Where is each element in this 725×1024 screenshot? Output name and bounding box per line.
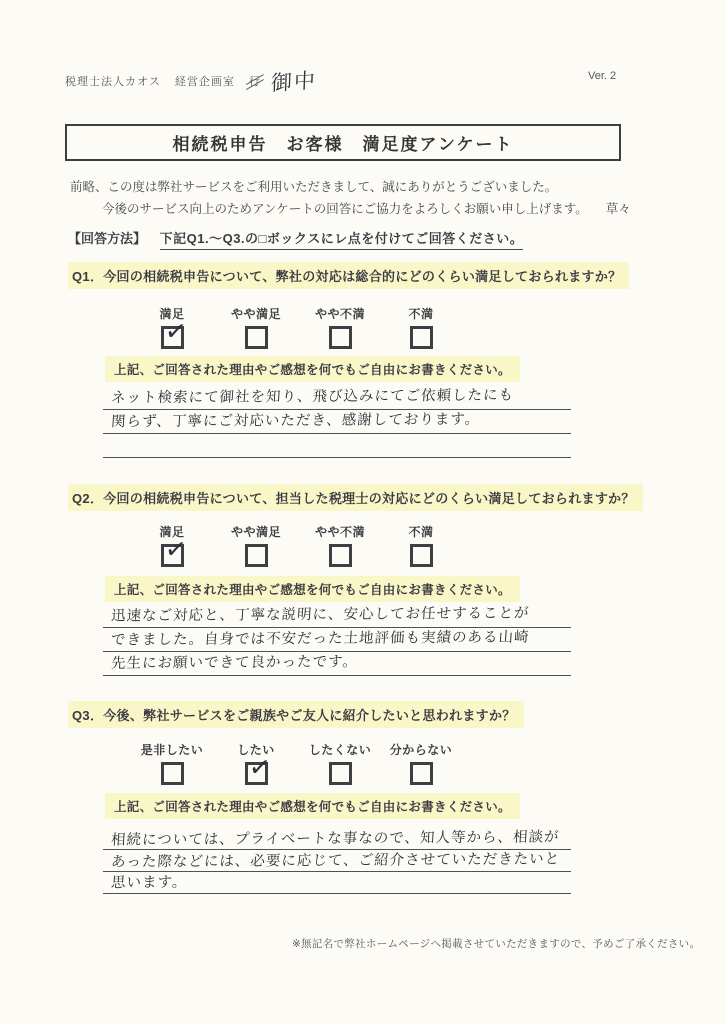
company-name: 税理士法人カオス <box>65 73 161 89</box>
handwritten-text: 迅速なご対応と、丁寧な説明に、安心してお任せすることが <box>102 603 530 629</box>
method-label: 【回答方法】 <box>68 231 146 246</box>
check-mark-icon: ✓ <box>247 753 272 781</box>
option-q1-fuman: 不満 ✓ <box>379 305 463 349</box>
checkbox-q3-wakaranai[interactable]: ✓ <box>410 762 433 785</box>
question-3-comment-prompt: 上記、ご回答された理由やご感想を何でもご自由にお書きください。 <box>105 793 520 819</box>
addressee-line: 税理士法人カオス 経営企画室 行 御中 <box>65 66 665 96</box>
answer-line[interactable]: ネット検索にて御社を知り、飛び込みにてご依頼したにも <box>103 386 571 410</box>
checkbox-q2-yaya-fuman[interactable]: ✓ <box>329 544 352 567</box>
option-label: 是非したい <box>130 741 214 758</box>
checkbox-q2-manzoku[interactable]: ✓ <box>161 544 184 567</box>
handwritten-text: 先生にお願いできて良かったです。 <box>102 651 358 676</box>
option-q2-yaya-manzoku: やや満足 ✓ <box>214 523 298 567</box>
option-q1-yaya-fuman: やや不満 ✓ <box>298 305 382 349</box>
page-title: 相続税申告 お客様 満足度アンケート <box>173 130 514 155</box>
answer-line[interactable]: できました。自身では不安だった土地評価も実績のある山崎 <box>103 628 571 652</box>
intro-line-1: 前略、この度は弊社サービスをご利用いただきまして、誠にありがとうございました。 <box>70 176 631 198</box>
intro-line-2: 今後のサービス向上のためアンケートの回答にご協力をよろしくお願い申し上げます。草… <box>70 198 631 220</box>
question-3-options: 是非したい ✓ したい ✓ したくない ✓ 分からない ✓ <box>0 741 725 787</box>
option-label: 不満 <box>379 523 463 540</box>
handwritten-honorific: 御中 <box>270 64 317 97</box>
handwritten-text: 関らず、丁寧にご対応いただき、感謝しております。 <box>102 409 481 435</box>
answer-method-line: 【回答方法】 下記Q1.～Q3.の□ボックスにレ点を付けてご回答ください。 <box>68 228 523 247</box>
option-q2-manzoku: 満足 ✓ <box>130 523 214 567</box>
answer-line[interactable]: 思います。 <box>103 872 571 894</box>
question-2-answer-area: 迅速なご対応と、丁寧な説明に、安心してお任せすることが できました。自身では不安… <box>103 604 571 676</box>
checkbox-q1-manzoku[interactable]: ✓ <box>161 326 184 349</box>
question-3-answer-area: 相続については、プライベートな事なので、知人等から、相談が あった際などには、必… <box>103 828 571 894</box>
answer-line[interactable]: 関らず、丁寧にご対応いただき、感謝しております。 <box>103 410 571 434</box>
checkbox-q1-yaya-manzoku[interactable]: ✓ <box>245 326 268 349</box>
checkbox-q2-fuman[interactable]: ✓ <box>410 544 433 567</box>
question-2-heading: Q2．今回の相続税申告について、担当した税理士の対応にどのくらい満足しておられま… <box>68 484 643 511</box>
option-q3-shitai: したい ✓ <box>214 741 298 785</box>
intro-paragraph: 前略、この度は弊社サービスをご利用いただきまして、誠にありがとうございました。 … <box>70 176 631 220</box>
title-box: 相続税申告 お客様 満足度アンケート <box>65 124 621 161</box>
question-1-options: 満足 ✓ やや満足 ✓ やや不満 ✓ 不満 ✓ <box>0 305 725 351</box>
check-mark-icon: ✓ <box>163 317 188 345</box>
option-q2-fuman: 不満 ✓ <box>379 523 463 567</box>
checkbox-q3-shitakunai[interactable]: ✓ <box>329 762 352 785</box>
method-instruction: 下記Q1.～Q3.の□ボックスにレ点を付けてご回答ください。 <box>160 231 524 250</box>
option-label: 不満 <box>379 305 463 322</box>
question-2-comment-prompt: 上記、ご回答された理由やご感想を何でもご自由にお書きください。 <box>105 576 520 602</box>
option-label: したくない <box>298 741 382 758</box>
option-q3-shitakunai: したくない ✓ <box>298 741 382 785</box>
department-name: 経営企画室 <box>175 73 235 89</box>
answer-line[interactable]: 迅速なご対応と、丁寧な説明に、安心してお任せすることが <box>103 604 571 628</box>
checkbox-q1-fuman[interactable]: ✓ <box>410 326 433 349</box>
checkbox-q1-yaya-fuman[interactable]: ✓ <box>329 326 352 349</box>
answer-line[interactable]: 相続については、プライベートな事なので、知人等から、相談が <box>103 828 571 850</box>
answer-line[interactable]: あった際などには、必要に応じて、ご紹介させていただきたいと <box>103 850 571 872</box>
answer-line[interactable]: 先生にお願いできて良かったです。 <box>103 652 571 676</box>
crossed-out-destination: 行 <box>249 73 261 89</box>
handwritten-text: できました。自身では不安だった土地評価も実績のある山崎 <box>102 627 530 653</box>
question-1-answer-area: ネット検索にて御社を知り、飛び込みにてご依頼したにも 関らず、丁寧にご対応いただ… <box>103 386 571 458</box>
footer-note: ※無記名で弊社ホームページへ掲載させていただきますので、予めご了承ください。 <box>292 936 700 951</box>
option-q3-wakaranai: 分からない ✓ <box>379 741 463 785</box>
version-label: Ver. 2 <box>588 70 616 82</box>
scanned-survey-page: 税理士法人カオス 経営企画室 行 御中 Ver. 2 相続税申告 お客様 満足度… <box>0 0 725 1024</box>
question-2-options: 満足 ✓ やや満足 ✓ やや不満 ✓ 不満 ✓ <box>0 523 725 569</box>
question-3-heading: Q3．今後、弊社サービスをご親族やご友人に紹介したいと思われますか？ <box>68 701 524 728</box>
option-q1-manzoku: 満足 ✓ <box>130 305 214 349</box>
question-1-heading: Q1．今回の相続税申告について、弊社の対応は総合的にどのくらい満足しておられます… <box>68 262 629 289</box>
letter-closing: 草々 <box>606 202 631 216</box>
checkbox-q2-yaya-manzoku[interactable]: ✓ <box>245 544 268 567</box>
option-q2-yaya-fuman: やや不満 ✓ <box>298 523 382 567</box>
checkbox-q3-shitai[interactable]: ✓ <box>245 762 268 785</box>
option-q3-zehi-shitai: 是非したい ✓ <box>130 741 214 785</box>
option-label: やや満足 <box>214 523 298 540</box>
option-label: 分からない <box>379 741 463 758</box>
option-label: やや満足 <box>214 305 298 322</box>
checkbox-q3-zehi-shitai[interactable]: ✓ <box>161 762 184 785</box>
question-1-comment-prompt: 上記、ご回答された理由やご感想を何でもご自由にお書きください。 <box>105 356 520 382</box>
answer-line[interactable] <box>103 434 571 458</box>
option-label: やや不満 <box>298 523 382 540</box>
check-mark-icon: ✓ <box>163 535 188 563</box>
option-label: やや不満 <box>298 305 382 322</box>
option-q1-yaya-manzoku: やや満足 ✓ <box>214 305 298 349</box>
handwritten-text: 思います。 <box>102 872 188 896</box>
handwritten-text: あった際などには、必要に応じて、ご紹介させていただきたいと <box>102 848 560 874</box>
handwritten-text: ネット検索にて御社を知り、飛び込みにてご依頼したにも <box>102 385 514 411</box>
